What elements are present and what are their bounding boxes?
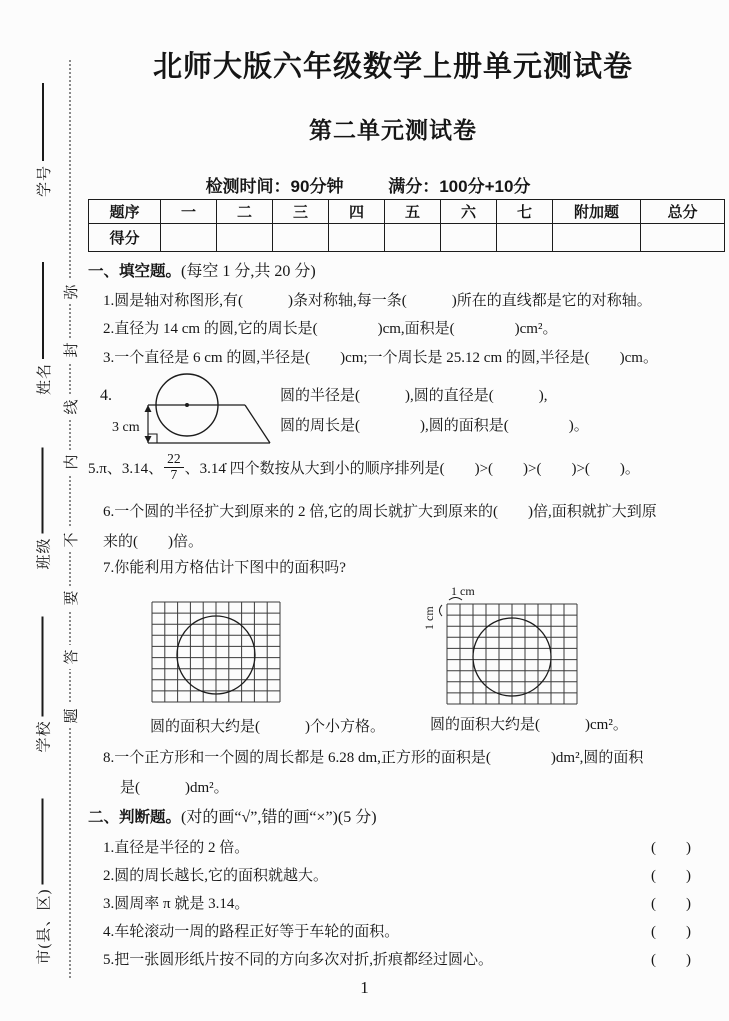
answer-blank: ( ) (651, 920, 691, 941)
question-6-line2: 来的( )倍。 (103, 530, 203, 551)
seal-char: 答 (58, 645, 82, 669)
question-5-post: 、3.14̇ 四个数按从大到小的顺序排列是( )>( )>( )>( )。 (185, 457, 640, 478)
field-label: 姓名 (33, 363, 54, 395)
student-field-city: 市(县、区) (32, 788, 54, 965)
seal-char: 要 (58, 586, 82, 610)
page-subtitle: 第二单元测试卷 (88, 112, 698, 145)
header-cell: 附加题 (553, 200, 641, 224)
fraction-22-7: 22 7 (164, 452, 184, 482)
section-judge-heading-main: 二、判断题。 (88, 809, 181, 826)
student-field-number: 学号 (32, 65, 54, 197)
header-cell: 二 (217, 200, 273, 224)
judge-text: 4.车轮滚动一周的路程正好等于车轮的面积。 (103, 920, 399, 941)
field-blank-line (42, 83, 44, 161)
question-5-pre: 5.π、3.14、 (88, 457, 163, 478)
field-label: 学校 (32, 720, 53, 752)
header-cell: 题序 (89, 200, 161, 224)
header-cell: 六 (441, 200, 497, 224)
field-blank-line (42, 262, 44, 359)
score-cell-empty (553, 224, 641, 252)
question-7: 7.你能利用方格估计下图中的面积吗? (103, 556, 346, 577)
judge-item-5: 5.把一张圆形纸片按不同的方向多次对折,折痕都经过圆心。 ( ) (103, 948, 691, 969)
judge-item-3: 3.圆周率 π 就是 3.14。 ( ) (103, 892, 691, 913)
unit-label-left: 1 cm (422, 606, 436, 630)
score-table-score-row: 得分 (89, 224, 725, 252)
judge-item-2: 2.圆的周长越长,它的面积就越大。 ( ) (103, 864, 691, 885)
judge-text: 3.圆周率 π 就是 3.14。 (103, 892, 249, 913)
question-1: 1.圆是轴对称图形,有( )条对称轴,每一条( )所在的直线都是它的对称轴。 (103, 289, 652, 310)
judge-item-4: 4.车轮滚动一周的路程正好等于车轮的面积。 ( ) (103, 920, 691, 941)
score-row-label: 得分 (89, 224, 161, 252)
grid-lines (447, 604, 577, 704)
field-label: 市(县、区) (32, 889, 53, 965)
grid-figure-right: 1 cm 1 cm (425, 584, 580, 706)
header-cell: 五 (385, 200, 441, 224)
seal-char: 封 (58, 338, 82, 362)
answer-blank: ( ) (651, 892, 691, 913)
field-blank-line (42, 616, 44, 716)
question-8-line2: 是( )dm²。 (120, 776, 229, 797)
score-table-header-row: 题序 一 二 三 四 五 六 七 附加题 总分 (89, 200, 725, 224)
exam-info: 检测时间：90分钟 满分：100分+10分 (88, 172, 648, 197)
section-judge-heading: 二、判断题。(对的画“√”,错的画“×”)(5 分) (88, 804, 377, 827)
field-label: 学号 (33, 165, 54, 197)
score-cell-empty (161, 224, 217, 252)
score-cell-empty (441, 224, 497, 252)
judge-item-1: 1.直径是半径的 2 倍。 ( ) (103, 836, 691, 857)
judge-text: 5.把一张圆形纸片按不同的方向多次对折,折痕都经过圆心。 (103, 948, 493, 969)
seal-char: 内 (58, 450, 82, 474)
seal-char: 题 (58, 704, 82, 728)
page-number: 1 (0, 978, 729, 998)
student-field-class: 班级 (32, 437, 54, 570)
question-4-line2: 圆的周长是( ),圆的面积是( )。 (280, 414, 589, 435)
answer-blank: ( ) (651, 836, 691, 857)
question-6-line1: 6.一个圆的半径扩大到原来的 2 倍,它的周长就扩大到原来的( )倍,面积就扩大… (103, 500, 657, 521)
brace-left (440, 605, 443, 616)
fraction-numerator: 22 (164, 452, 184, 468)
header-cell: 七 (497, 200, 553, 224)
section-judge-heading-note: (对的画“√”,错的画“×”)(5 分) (181, 809, 377, 826)
dimension-label: 3 cm (112, 420, 140, 435)
section-fill-heading-note: (每空 1 分,共 20 分) (181, 263, 316, 280)
section-fill-heading-main: 一、填空题。 (88, 263, 181, 280)
student-field-name: 姓名 (32, 245, 54, 395)
seal-char: 弥 (58, 280, 82, 304)
triangle-hypotenuse (245, 405, 270, 443)
grid-right-caption: 圆的面积大约是( )cm²。 (430, 713, 628, 734)
question-5: 5.π、3.14、 22 7 、3.14̇ 四个数按从大到小的顺序排列是( )>… (88, 446, 640, 488)
field-label: 班级 (32, 537, 53, 569)
page-title: 北师大版六年级数学上册单元测试卷 (88, 44, 698, 85)
grid-left-caption: 圆的面积大约是( )个小方格。 (150, 715, 385, 736)
section-fill-heading: 一、填空题。(每空 1 分,共 20 分) (88, 258, 316, 281)
exam-time: 检测时间：90分钟 (206, 177, 344, 196)
fraction-denominator: 7 (170, 468, 177, 482)
question-4-number: 4. (100, 387, 112, 404)
header-cell: 三 (273, 200, 329, 224)
score-cell-empty (217, 224, 273, 252)
judge-text: 2.圆的周长越长,它的面积就越大。 (103, 864, 328, 885)
question-4-line1: 圆的半径是( ),圆的直径是( ), (280, 384, 547, 405)
arrow-up-icon (145, 405, 152, 412)
unit-label-top: 1 cm (451, 584, 475, 598)
field-blank-line (42, 799, 44, 885)
judge-text: 1.直径是半径的 2 倍。 (103, 836, 249, 857)
arrow-down-icon (145, 436, 152, 443)
field-blank-line (42, 447, 44, 533)
score-table: 题序 一 二 三 四 五 六 七 附加题 总分 得分 (88, 199, 725, 252)
score-cell-empty (329, 224, 385, 252)
student-field-school: 学校 (32, 600, 54, 753)
answer-blank: ( ) (651, 864, 691, 885)
seal-line (69, 60, 71, 978)
exam-paper: 学号 姓名 班级 学校 市(县、区) 弥 封 线 内 不 要 答 题 北师大版六… (0, 0, 729, 1021)
question-2: 2.直径为 14 cm 的圆,它的周长是( )cm,面积是( )cm²。 (103, 317, 557, 338)
header-cell: 四 (329, 200, 385, 224)
grid-figure-left (152, 602, 280, 702)
score-cell-empty (497, 224, 553, 252)
seal-char: 线 (58, 395, 82, 419)
score-cell-empty (641, 224, 725, 252)
question-4-figure: 4. 3 cm (98, 360, 278, 452)
seal-char: 不 (58, 528, 82, 552)
score-cell-empty (273, 224, 329, 252)
header-cell: 一 (161, 200, 217, 224)
answer-blank: ( ) (651, 948, 691, 969)
header-cell: 总分 (641, 200, 725, 224)
grid-lines (152, 602, 280, 702)
question-8-line1: 8.一个正方形和一个圆的周长都是 6.28 dm,正方形的面积是( )dm²,圆… (103, 746, 643, 767)
exam-fullscore: 满分：100分+10分 (388, 177, 530, 196)
score-cell-empty (385, 224, 441, 252)
